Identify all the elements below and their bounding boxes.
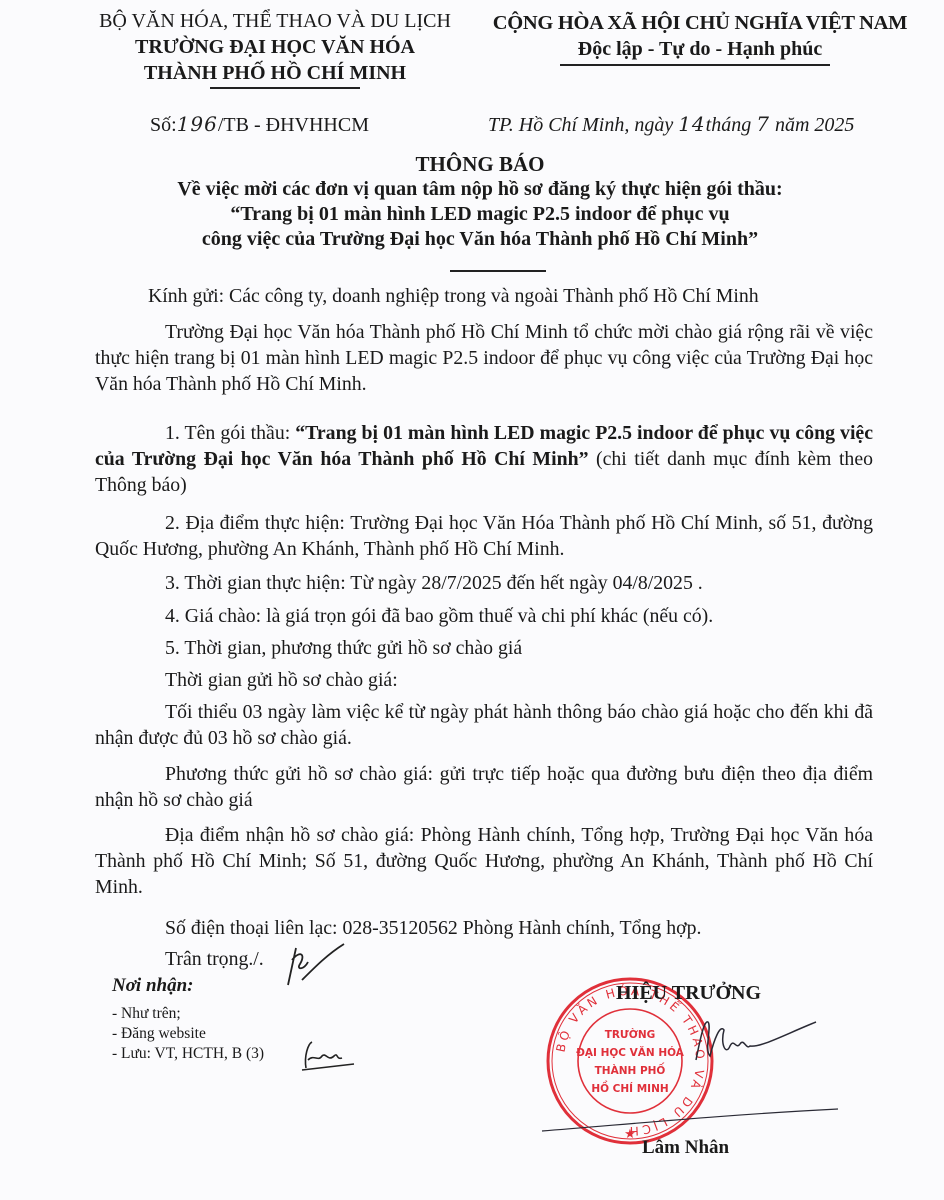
signatory-name: Lâm Nhân [642, 1137, 729, 1159]
issuer-header: BỘ VĂN HÓA, THỂ THAO VÀ DU LỊCH TRƯỜNG Đ… [60, 8, 490, 89]
submit-place: Địa điểm nhận hồ sơ chào giá: Phòng Hành… [95, 822, 873, 900]
item-1-label: 1. Tên gói thầu: [165, 422, 295, 444]
item-3-duration: 3. Thời gian thực hiện: Từ ngày 28/7/202… [165, 570, 703, 596]
date-month-label: tháng [706, 114, 757, 136]
national-motto: Độc lập - Tự do - Hạnh phúc [480, 36, 920, 62]
signature-underline-stroke-icon [540, 1105, 840, 1135]
greeting: Kính gửi: Các công ty, doanh nghiệp tron… [148, 283, 759, 309]
signatory-title: HIỆU TRƯỞNG [616, 982, 761, 1005]
header-right-underline [560, 64, 830, 66]
date-month-handwritten: 7 [756, 112, 770, 136]
recipient-item: - Đăng website [112, 1024, 206, 1044]
country-name: CỘNG HÒA XÃ HỘI CHỦ NGHĨA VIỆT NAM [480, 10, 920, 36]
national-header: CỘNG HÒA XÃ HỘI CHỦ NGHĨA VIỆT NAM Độc l… [480, 10, 920, 66]
contact-phone: Số điện thoại liên lạc: 028-35120562 Phò… [165, 915, 701, 941]
submit-time-label: Thời gian gửi hồ sơ chào giá: [165, 667, 398, 693]
item-2-location: 2. Địa điểm thực hiện: Trường Đại học Vă… [95, 510, 873, 562]
item-1-package-name: 1. Tên gói thầu: “Trang bị 01 màn hình L… [95, 420, 873, 498]
notice-title: THÔNG BÁO Về việc mời các đơn vị quan tâ… [60, 152, 900, 252]
submit-method: Phương thức gửi hồ sơ chào giá: gửi trực… [95, 761, 873, 813]
intro-paragraph: Trường Đại học Văn hóa Thành phố Hồ Chí … [95, 319, 873, 397]
submit-time: Tối thiểu 03 ngày làm việc kể từ ngày ph… [95, 699, 873, 751]
notice-subject-line2: “Trang bị 01 màn hình LED magic P2.5 ind… [60, 202, 900, 227]
header-left-underline [210, 87, 360, 89]
closing: Trân trọng./. [165, 946, 264, 972]
document-number: Số:196/TB - ĐHVHHCM [150, 112, 369, 137]
notice-subject-line1: Về việc mời các đơn vị quan tâm nộp hồ s… [60, 177, 900, 202]
item-5-submission: 5. Thời gian, phương thức gửi hồ sơ chào… [165, 635, 522, 661]
stamp-line: HỒ CHÍ MINH [591, 1080, 668, 1095]
recipients-label: Nơi nhận: [112, 975, 193, 997]
stamp-line: TRƯỜNG [605, 1028, 656, 1041]
university-name-line2: THÀNH PHỐ HỒ CHÍ MINH [60, 60, 490, 86]
recipient-item: - Như trên; [112, 1004, 181, 1024]
notice-subject-line3: công việc của Trường Đại học Văn hóa Thà… [60, 227, 900, 252]
university-name-line1: TRƯỜNG ĐẠI HỌC VĂN HÓA [60, 34, 490, 60]
initials-scribble-icon [282, 940, 352, 990]
recipient-item: - Lưu: VT, HCTH, B (3) [112, 1044, 264, 1064]
signature-scribble-icon [690, 1010, 820, 1090]
notice-heading: THÔNG BÁO [60, 152, 900, 177]
ministry-name: BỘ VĂN HÓA, THỂ THAO VÀ DU LỊCH [60, 8, 490, 34]
doc-number-handwritten: 196 [177, 112, 218, 136]
date-prefix: TP. Hồ Chí Minh, ngày [488, 114, 678, 136]
date-day-handwritten: 14 [678, 112, 705, 136]
title-underline [450, 270, 546, 272]
date-year: năm 2025 [770, 114, 854, 136]
stamp-line: ĐẠI HỌC VĂN HÓA [576, 1046, 685, 1059]
archive-initials-icon [298, 1038, 358, 1073]
issue-date: TP. Hồ Chí Minh, ngày 14tháng 7 năm 2025 [488, 112, 854, 137]
item-4-price: 4. Giá chào: là giá trọn gói đã bao gồm … [165, 603, 713, 629]
doc-number-prefix: Số: [150, 114, 177, 136]
stamp-line: THÀNH PHỐ [595, 1062, 666, 1077]
doc-number-suffix: /TB - ĐHVHHCM [218, 114, 369, 136]
